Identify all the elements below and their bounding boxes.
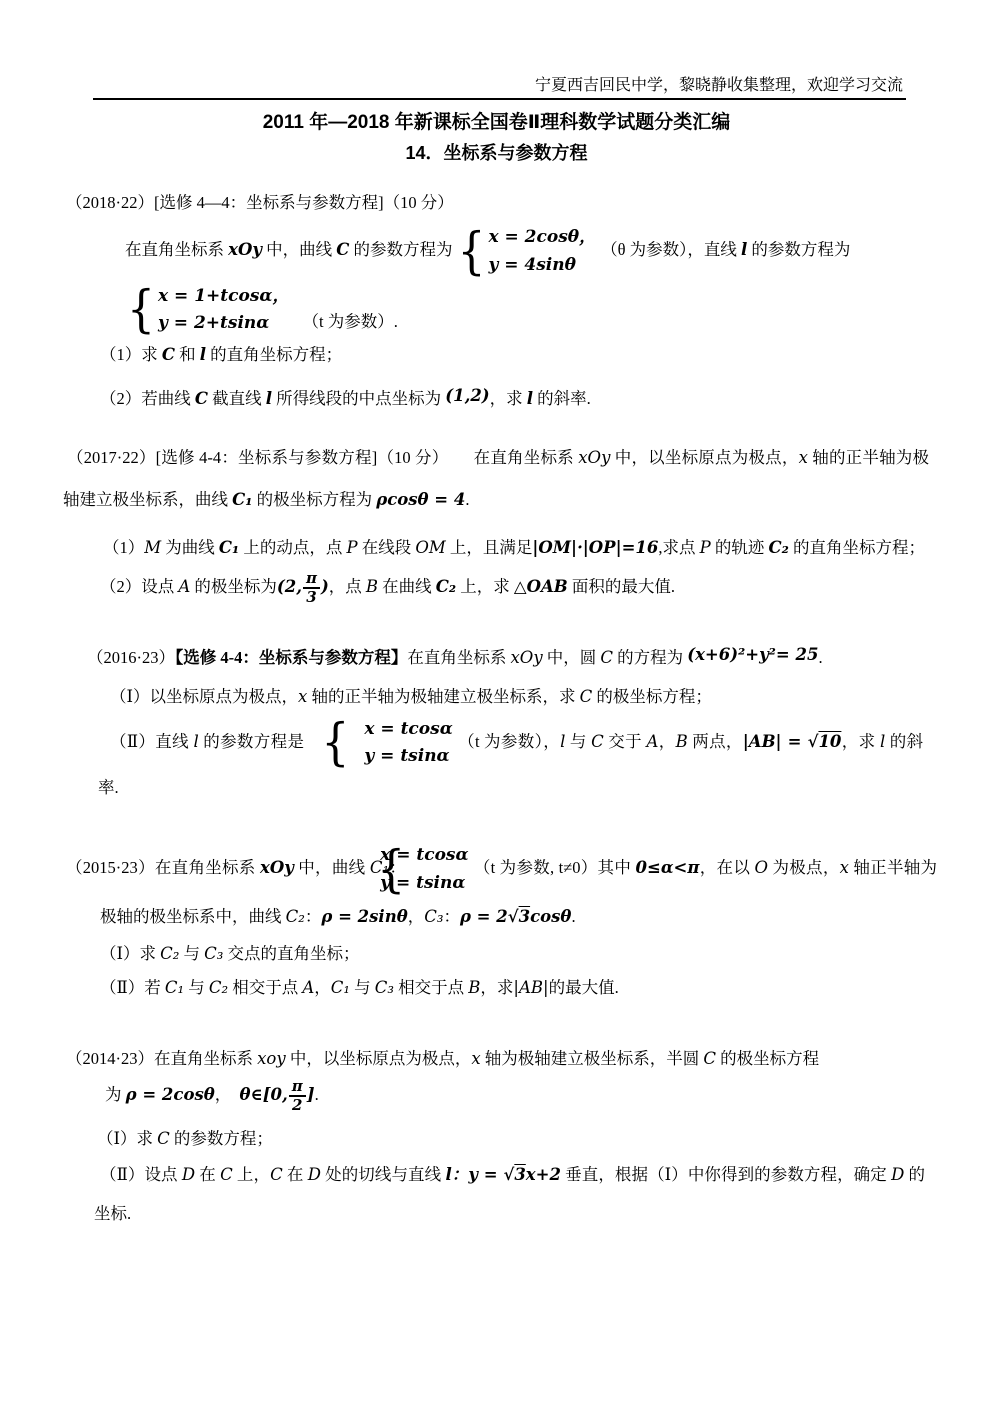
fraction-numerator: π [289,1078,306,1097]
doc-section-title: 14．坐标系与参数方程 [0,139,993,165]
text-seg: 轴为极轴建立极坐标系，半圆 [481,1049,704,1068]
problem-2015-intro: （2015·23）在直角坐标系 xOy 中，曲线 C₁：{x = tcosαy … [100,842,937,936]
text-seg: 上的动点，点 [239,538,346,557]
text-seg: （Ⅱ）若 [100,978,165,997]
text-seg: 相交于点 [394,978,468,997]
text-seg: 和 [175,345,200,364]
math-seg: 0≤α<π [636,858,700,877]
text-seg: ，求 [480,978,513,997]
text-seg: 在 [195,1165,220,1184]
text-seg: 所得线段的中点坐标为 [272,389,445,408]
math-seg: A [646,732,658,751]
text-seg: （θ 为参数），直线 [601,240,741,259]
problem-2014-intro-line-2: 为 ρ = 2cosθ， θ∈[0,π2]. [105,1078,933,1115]
text-seg: 在直角坐标系 [407,648,510,667]
text-seg: （Ⅱ）直线 [110,732,193,751]
math-seg: xOy [511,648,543,667]
text-seg: . [571,907,575,926]
equation-lines: x = 1+tcosα，y = 2+tsinα [158,283,289,337]
text-seg: 中，以坐标原点为极点， [286,1049,472,1068]
problem-2018-intro: 在直角坐标系 xOy 中，曲线 C 的参数方程为{x = 2cosθ，y = 4… [125,224,953,278]
equation-line: y = tsinα [352,743,452,770]
equation-lines: x = tcosαy = tsinα [352,716,452,770]
divider-rule [93,98,906,100]
equation-lines: x = tcosαy = tsinα [414,842,468,896]
math-seg: D [182,1165,195,1184]
left-brace-icon: { [127,285,155,336]
math-seg: ρ = 2sinθ [321,907,407,926]
equation-lines: x = 2cosθ，y = 4sinθ [488,224,596,278]
parametric-equation-system: {x = 1+tcosα，y = 2+tsinα [127,283,289,337]
text-seg: 与 [350,978,375,997]
fraction-denominator: 3 [303,589,320,606]
text-seg: 中，以坐标原点为极点， [610,448,798,467]
text-seg: 两点， [688,732,743,751]
text-seg: 的轨迹 [711,538,769,557]
text-seg: 为极点， [768,858,840,877]
math-seg: l：y = [445,1165,503,1184]
bold-heading-seg: 【选修 4-4：坐标系与参数方程】 [175,648,407,667]
text-seg: 的方程为 [613,648,687,667]
text-seg: （2016·23） [87,648,175,667]
text-seg: ， [408,907,425,926]
text-seg: 的斜率. [533,389,591,408]
text-seg: ， [314,978,331,997]
radicand: 10 [818,732,841,751]
text-seg: ， [658,732,675,751]
math-seg: C₃ [204,944,223,963]
text-seg: 交于 [604,732,647,751]
math-seg: C [703,1049,716,1068]
math-seg: C [162,345,175,364]
math-seg: P [700,538,711,557]
radicand: 3 [514,1165,525,1184]
problem-2018-question-2: （2）若曲线 C 截直线 l 所得线段的中点坐标为 (1,2)，求 l 的斜率. [100,380,933,414]
problem-2015-question-1: （Ⅰ）求 C₂ 与 C₃ 交点的直角坐标； [100,938,933,970]
text-seg: 的极坐标方程 [716,1049,819,1068]
equation-line: x = 2cosθ， [488,224,596,251]
math-seg: C₂ [436,577,456,596]
radicand: 3 [519,907,530,926]
parameter-note: （t 为参数）. [302,308,397,332]
left-brace-icon: { [457,226,485,277]
radical-sign-icon: √ [508,907,519,926]
equation-line: y = 4sinθ [488,252,596,279]
parametric-equation-system: {x = tcosαy = tsinα [411,842,468,896]
text-seg: （2）设点 [100,577,178,596]
text-seg: （t 为参数, t≠0）其中 [474,858,636,877]
problem-2018-heading: （2018·22）[选修 4—4：坐标系与参数方程]（10 分） [66,187,933,218]
math-seg: C₂ [209,978,228,997]
left-brace-icon: { [309,718,349,769]
equation-line: y = tsinα [414,870,468,897]
problem-2014-question-1: （Ⅰ）求 C 的参数方程； [97,1123,933,1154]
math-seg: B [366,577,378,596]
text-seg: 在 [283,1165,308,1184]
text-seg: 在曲线 [378,577,436,596]
math-seg: |OM|·|OP|=16 [532,538,658,557]
text-seg: 的极坐标方程为 [252,490,376,509]
radical-sign-icon: √ [503,1165,514,1184]
document-page: 宁夏西吉回民中学，黎晓静收集整理，欢迎学习交流 2011 年—2018 年新课标… [0,0,993,1404]
problem-2016-question-1: （Ⅰ）以坐标原点为极点，x 轴的正半轴为极轴建立极坐标系，求 C 的极坐标方程； [110,679,933,715]
problem-2016-intro: （2016·23）【选修 4-4：坐标系与参数方程】在直角坐标系 xOy 中，圆… [87,636,929,677]
text-seg: . [818,648,822,667]
math-seg: D [308,1165,321,1184]
text-seg: ， [215,1085,240,1104]
equation-line: x = tcosα [414,842,468,869]
text-seg: （Ⅰ）求 [100,944,160,963]
text-seg: （Ⅱ）设点 [100,1165,182,1184]
math-seg: xoy [257,1049,286,1068]
math-seg: D [891,1165,904,1184]
text-seg: 轴的正半轴为极轴建立极坐标系，求 [307,687,579,706]
math-seg: C₁ [232,490,252,509]
math-seg: C [220,1165,233,1184]
math-seg: C [195,389,208,408]
problem-2018-question-1: （1）求 C 和 l 的直角坐标方程； [100,339,933,370]
math-seg: x [840,858,849,877]
math-seg: C₂ [160,944,179,963]
math-seg: xOy [228,240,262,259]
text-seg: 的极坐标方程； [592,687,712,706]
math-seg: cosθ [530,907,571,926]
math-seg: P [347,538,358,557]
text-seg: . [465,490,469,509]
text-seg: 的参数方程； [170,1129,273,1148]
problem-2017-intro: （2017·22）[选修 4-4：坐标系与参数方程]（10 分） 在直角坐标系 … [63,437,929,521]
radical-sign-icon: √ [808,732,819,751]
text-seg: ： [305,907,322,926]
fraction: π3 [303,570,320,607]
math-seg: C₂ [769,538,789,557]
text-seg: （2）若曲线 [100,389,195,408]
math-seg: C [580,687,593,706]
problem-2017-question-2: （2）设点 A 的极坐标为(2,π3)，点 B 在曲线 C₂ 上，求 △OAB … [100,569,933,606]
text-seg: 中，圆 [543,648,601,667]
text-seg: ，求 [841,732,880,751]
math-seg: C₃ [424,907,443,926]
math-seg: |AB| = [743,732,808,751]
text-seg: 相交于点 [228,978,302,997]
fraction-denominator: 2 [289,1097,306,1114]
text-seg: 处的切线与直线 [321,1165,446,1184]
math-seg: C [157,1129,170,1148]
equation-line: y = 2+tsinα [158,310,289,337]
problem-2018-line-system: {x = 1+tcosα，y = 2+tsinα（t 为参数）. [122,283,398,337]
text-seg: 的直角坐标方程； [206,345,342,364]
math-seg: C [270,1165,283,1184]
text-seg: （2015·23）在直角坐标系 [66,858,260,877]
text-seg: 中，曲线 [262,240,336,259]
math-seg: ) [321,577,329,596]
text-seg: ： [443,907,460,926]
math-seg: C [336,240,349,259]
text-seg: 与 [184,978,209,997]
credit-line: 宁夏西吉回民中学，黎晓静收集整理，欢迎学习交流 [0,0,993,95]
math-seg: ] [307,1085,315,1104]
text-seg: 上， [233,1165,270,1184]
doc-title: 2011 年—2018 年新课标全国卷Ⅱ理科数学试题分类汇编 [0,107,993,134]
math-seg: x+2 [526,1165,561,1184]
math-seg: C₃ [375,978,394,997]
text-seg: 垂直，根据（Ⅰ）中你得到的参数方程，确定 [561,1165,891,1184]
math-seg: xOy [578,448,610,467]
math-seg: C₁ [331,978,350,997]
math-seg: xOy [260,858,294,877]
text-seg: 为 [105,1085,126,1104]
text-seg: 与 [565,732,591,751]
math-seg: (x+6)²+y²= 25 [687,645,818,664]
math-seg: B [676,732,688,751]
fraction-numerator: π [303,570,320,589]
math-seg: x [298,687,307,706]
text-seg: 的参数方程是 [199,732,305,751]
text-seg: （2014·23）在直角坐标系 [66,1049,257,1068]
math-seg: B [468,978,480,997]
radical: √10 [808,732,842,751]
text-seg: ，在以 [699,858,754,877]
equation-line: x = 1+tcosα， [158,283,289,310]
math-seg: x [471,1049,480,1068]
text-seg: 的极坐标为 [190,577,277,596]
parametric-equation-system: {x = 2cosθ，y = 4sinθ [457,224,596,278]
math-seg: OM [415,538,445,557]
text-seg: ，点 [329,577,366,596]
text-seg: （t 为参数）， [458,732,560,751]
text-seg: 在直角坐标系 [125,240,228,259]
equation-line: x = tcosα [352,716,452,743]
text-seg: . [315,1085,319,1104]
math-seg: A [178,577,190,596]
text-seg: 的直角坐标方程； [789,538,925,557]
text-seg: 中，曲线 [294,858,370,877]
text-seg: 在线段 [358,538,416,557]
math-seg: C [591,732,604,751]
fraction: π2 [289,1078,306,1115]
radical: √3 [503,1165,525,1184]
math-seg: ρ = 2cosθ [126,1085,215,1104]
problem-2016-question-2: （Ⅱ）直线 l 的参数方程是{x = tcosαy = tsinα（t 为参数）… [98,716,923,807]
problem-2014-question-2: （Ⅱ）设点 D 在 C 上，C 在 D 处的切线与直线 l：y = √3x+2 … [94,1156,925,1234]
problem-2014-intro-line-1: （2014·23）在直角坐标系 xoy 中，以坐标原点为极点，x 轴为极轴建立极… [66,1043,933,1074]
text-seg: 为曲线 [161,538,219,557]
problem-2017-question-1: （1）M 为曲线 C₁ 上的动点，点 P 在线段 OM 上，且满足|OM|·|O… [63,527,929,569]
text-seg: （Ⅰ）以坐标原点为极点， [110,687,298,706]
text-seg: 与 [179,944,204,963]
text-seg: 的参数方程为 [349,240,452,259]
text-seg: 上，求 [456,577,514,596]
text-seg: 的参数方程为 [747,240,850,259]
math-seg: θ∈[0, [240,1085,288,1104]
math-seg: (2, [277,577,302,596]
text-seg: （1） [103,538,144,557]
radical: √3 [508,907,530,926]
math-seg: △OAB [514,577,568,596]
math-seg: |AB| [513,978,548,997]
math-seg: C₁ [165,978,184,997]
text-seg: 面积的最大值. [568,577,675,596]
text-seg: 上，且满足 [446,538,533,557]
parametric-equation-system: {x = tcosαy = tsinα [309,716,452,770]
math-seg: C₂ [286,907,305,926]
text-seg: （1）求 [100,345,162,364]
text-seg: 截直线 [208,389,266,408]
text-seg: ，求 [490,389,527,408]
math-seg: O [755,858,769,877]
text-seg: 交点的直角坐标； [223,944,359,963]
text-seg: ,求点 [658,538,699,557]
math-seg: x [799,448,808,467]
math-seg: ρcosθ = 4 [376,490,465,509]
math-seg: A [302,978,314,997]
text-seg: 的最大值. [549,978,619,997]
text-seg: （2017·22）[选修 4-4：坐标系与参数方程]（10 分） 在直角坐标系 [67,448,578,467]
math-seg: ρ = 2 [460,907,508,926]
problem-2015-question-2: （Ⅱ）若 C₁ 与 C₂ 相交于点 A，C₁ 与 C₃ 相交于点 B，求|AB|… [100,972,933,1004]
math-seg: C [600,648,613,667]
math-seg: M [144,538,161,557]
math-seg: (1,2) [445,386,489,405]
text-seg: （Ⅰ）求 [97,1129,157,1148]
math-seg: C₁ [219,538,239,557]
